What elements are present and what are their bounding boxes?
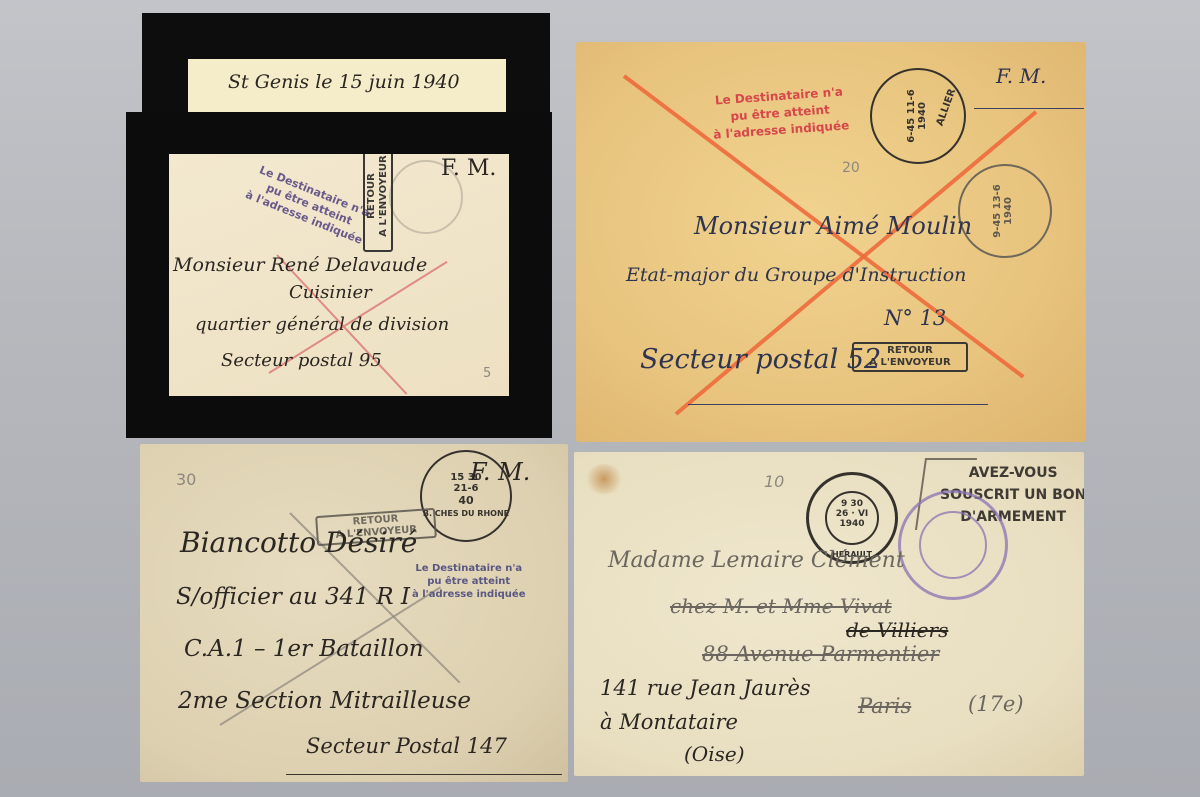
franchise-militaire-mark: F. M. xyxy=(441,156,496,181)
pencil-mark: 5 xyxy=(483,366,491,381)
beige-envelope: 30 15 30 21-6 40 B. CHES DU RHONE F. M. … xyxy=(140,444,568,782)
recipient-unreachable-stamp: Le Destinataire n'a pu être atteint à l'… xyxy=(710,83,849,143)
street-correction: de Villiers xyxy=(846,618,948,642)
cream-envelope: 10 9 30 26 · VI 1940 HERAULT AVEZ-VOUS S… xyxy=(574,452,1084,776)
military-seal-stamp xyxy=(898,490,1008,600)
address-line: à Montataire xyxy=(600,710,738,734)
mourning-envelope: Le Destinataire n'a pu être atteint à l'… xyxy=(126,112,552,438)
allier-postmark: 6-45 11-6 1940 ALLIER xyxy=(870,68,966,164)
recipient-unreachable-stamp: Le Destinataire n'a pu être atteint à l'… xyxy=(412,562,525,601)
address-line: Madame Lemaire Clément xyxy=(608,548,905,573)
address-underline xyxy=(286,774,562,775)
pencil-mark: 10 xyxy=(764,472,784,491)
card-note-date: St Genis le 15 juin 1940 xyxy=(228,71,460,93)
address-line: N° 13 xyxy=(884,306,946,330)
address-line: S/officier au 341 R I xyxy=(176,584,410,610)
return-to-sender-stamp: RETOUR A L'ENVOYEUR xyxy=(852,342,968,372)
address-line: C.A.1 – 1er Bataillon xyxy=(184,636,424,662)
address-line: 141 rue Jean Jaurès xyxy=(600,676,811,700)
address-line: Monsieur Aimé Moulin xyxy=(694,212,972,240)
pencil-mark: 20 xyxy=(842,160,860,176)
arrondissement-crossed: (17e) xyxy=(968,692,1024,716)
address-line: Secteur postal 95 xyxy=(221,350,382,371)
card-note: St Genis le 15 juin 1940 xyxy=(188,59,506,113)
city-crossed: Paris xyxy=(858,694,911,718)
address-line-crossed: 88 Avenue Parmentier xyxy=(702,642,939,666)
address-underline xyxy=(688,404,988,405)
second-postmark: 9-45 13-6 1940 xyxy=(958,164,1052,258)
return-to-sender-stamp: RETOUR A L'ENVOYEUR xyxy=(363,154,393,252)
franchise-militaire-mark: F. M. xyxy=(996,64,1046,88)
franchise-militaire-mark: F. M. xyxy=(470,458,530,486)
address-line: (Oise) xyxy=(684,742,745,766)
envelope-paper: Le Destinataire n'a pu être atteint à l'… xyxy=(169,154,509,396)
address-line: Secteur postal 52 xyxy=(640,344,881,375)
address-line: quartier général de division xyxy=(195,314,449,335)
address-line: Secteur Postal 147 xyxy=(306,734,507,758)
address-line: Cuisinier xyxy=(289,282,372,303)
franchise-underline xyxy=(974,108,1084,109)
address-line: Monsieur René Delavaude xyxy=(173,254,427,276)
yellow-envelope: Le Destinataire n'a pu être atteint à l'… xyxy=(576,42,1086,442)
address-line: 2me Section Mitrailleuse xyxy=(178,688,471,714)
address-line: Biancotto Désiré xyxy=(180,526,417,559)
mourning-envelope-back: St Genis le 15 juin 1940 xyxy=(142,13,550,123)
pencil-mark: 30 xyxy=(176,470,196,489)
address-line: Etat-major du Groupe d'Instruction xyxy=(626,264,966,286)
rust-stain xyxy=(584,464,624,494)
recipient-unreachable-stamp: Le Destinataire n'a pu être atteint à l'… xyxy=(243,162,374,248)
address-line-crossed: chez M. et Mme Vivat xyxy=(670,594,892,618)
